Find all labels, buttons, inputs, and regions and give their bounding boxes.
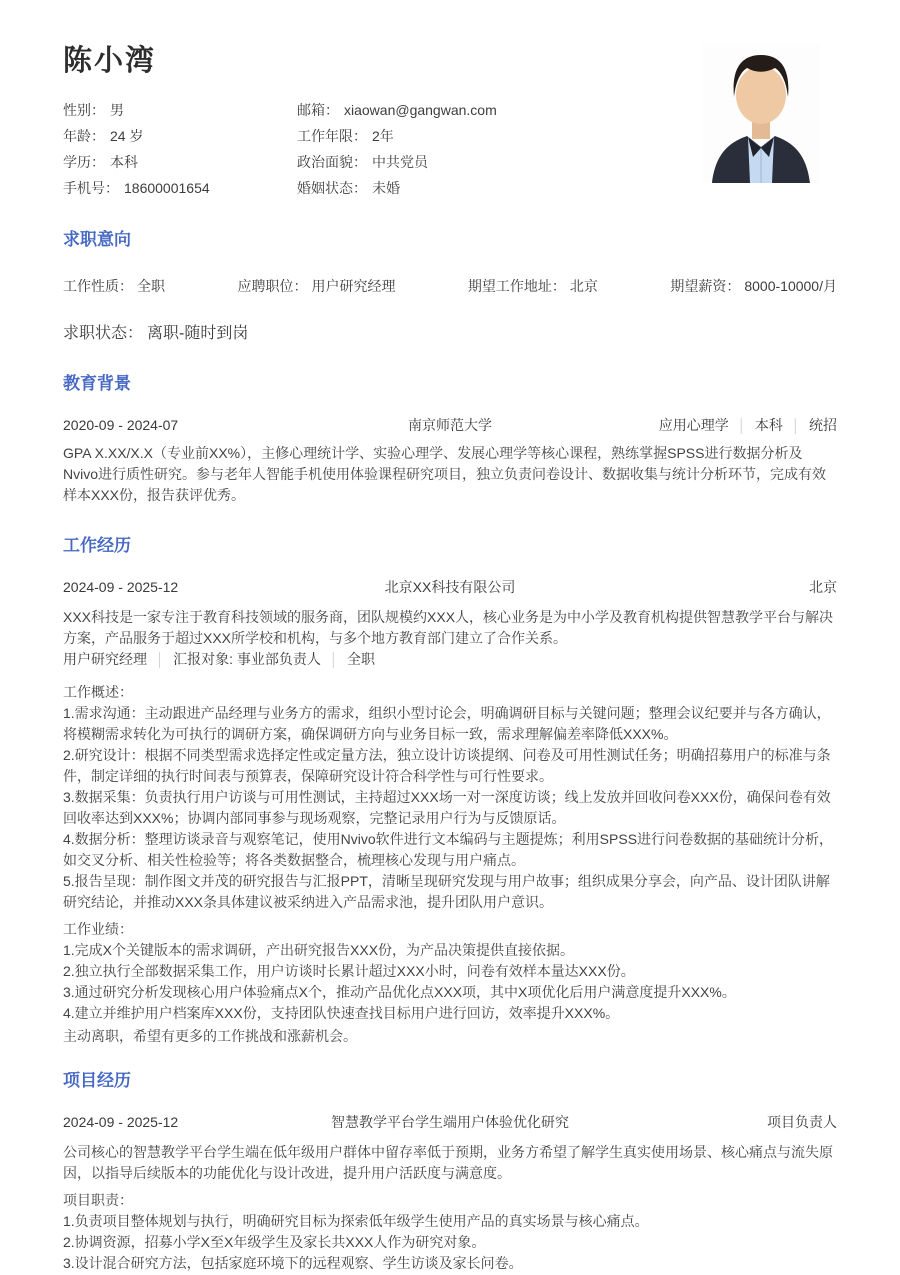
photo-illustration [702,43,820,183]
section-title-intention: 求职意向 [63,230,837,250]
work-achievement-item: 2.独立执行全部数据采集工作，用户访谈时长累计超过XXX小时，问卷有效样本量达X… [63,961,837,982]
intention-field: 求职状态：离职-随时到岗 [63,320,248,343]
work-overview-item: 3.数据采集：负责执行用户访谈与可用性测试，主持超过XXX场一对一深度访谈；线上… [63,787,837,829]
profile-field-label: 年龄： [63,128,105,144]
work-achievement-item: 1.完成X个关键版本的需求调研，产出研究报告XXX份，为产品决策提供直接依据。 [63,940,837,961]
profile-field-label: 政治面貌： [297,154,367,170]
work-overview-item: 5.报告呈现：制作图文并茂的研究报告与汇报PPT，清晰呈现研究发现与用户故事；组… [63,871,837,913]
profile-field: 邮箱：xiaowan@gangwan.com [297,101,623,120]
intention-field-label: 应聘职位： [237,278,307,294]
profile-field: 婚姻状态：未婚 [297,179,623,198]
education-description: GPA X.XX/X.X（专业前XX%），主修心理统计学、实验心理学、发展心理学… [63,443,837,506]
resume-header: 陈小湾 性别：男 邮箱：xiaowan@gangwan.com 年龄：24 岁 … [63,45,837,198]
profile-field-label: 性别： [63,102,105,118]
profile-photo [702,43,820,183]
work-achievement-list: 1.完成X个关键版本的需求调研，产出研究报告XXX份，为产品决策提供直接依据。2… [63,940,837,1024]
project-duty-title: 项目职责： [63,1190,837,1211]
work-overview-title: 工作概述： [63,682,837,703]
profile-field-label: 邮箱： [297,102,339,118]
work-achievement-title: 工作业绩： [63,919,837,940]
profile-field-value: 18600001654 [124,180,210,196]
intention-field-value: 全职 [137,278,165,294]
intention-field: 工作性质：全职 [63,277,165,296]
profile-field-value: 本科 [110,154,138,170]
project-duty-item: 1.负责项目整体规划与执行，明确研究目标为探索低年级学生使用产品的真实场景与核心… [63,1211,837,1232]
resume-page: 陈小湾 性别：男 邮箱：xiaowan@gangwan.com 年龄：24 岁 … [0,0,900,1275]
section-title-education: 教育背景 [63,374,837,394]
work-overview-block: 工作概述： 1.需求沟通：主动跟进产品经理与业务方的需求，组织小型讨论会，明确调… [63,682,837,913]
profile-field: 学历：本科 [63,153,297,172]
profile-field-label: 学历： [63,154,105,170]
section-education: 教育背景 2020-09 - 2024-07 南京师范大学 应用心理学本科统招 … [63,374,837,506]
profile-field-value: 未婚 [372,180,400,196]
intention-field: 期望工作地址：北京 [468,277,598,296]
profile-field-value: 男 [110,102,124,118]
intention-row-1: 工作性质：全职 应聘职位：用户研究经理 期望工作地址：北京 期望薪资：8000-… [63,277,837,296]
work-achievement-block: 工作业绩： 1.完成X个关键版本的需求调研，产出研究报告XXX份，为产品决策提供… [63,919,837,1024]
education-degree-chip: 本科 [729,415,783,436]
work-position-chip: 全职 [321,649,375,670]
education-period: 2020-09 - 2024-07 [63,415,298,435]
project-duty-item: 3.设计混合研究方法，包括家庭环境下的远程观察、学生访谈及家长问卷。 [63,1253,837,1274]
profile-field: 政治面貌：中共党员 [297,153,623,172]
education-school: 南京师范大学 [298,415,602,435]
section-project-experience: 项目经历 2024-09 - 2025-12 智慧教学平台学生端用户体验优化研究… [63,1071,837,1274]
section-title-work: 工作经历 [63,536,837,556]
work-location: 北京 [602,577,837,597]
profile-field-label: 手机号： [63,180,119,196]
work-position-chip: 汇报对象: 事业部负责人 [147,649,321,670]
profile-field-value: xiaowan@gangwan.com [344,102,497,118]
intention-field-label: 期望薪资： [670,278,740,294]
intention-field: 应聘职位：用户研究经理 [237,277,395,296]
project-name: 智慧教学平台学生端用户体验优化研究 [298,1112,602,1132]
work-overview-item: 2.研究设计：根据不同类型需求选择定性或定量方法，独立设计访谈提纲、问卷及可用性… [63,745,837,787]
profile-field-label: 工作年限： [297,128,367,144]
profile-field-value: 中共党员 [372,154,428,170]
intention-field-value: 北京 [570,278,598,294]
project-background: 公司核心的智慧教学平台学生端在低年级用户群体中留存率低于预期，业务方希望了解学生… [63,1142,837,1184]
intention-field-label: 求职状态： [63,325,143,342]
work-overview-list: 1.需求沟通：主动跟进产品经理与业务方的需求，组织小型讨论会，明确调研目标与关键… [63,703,837,913]
intention-field: 期望薪资：8000-10000/月 [670,277,837,296]
project-duty-item: 2.协调资源，招募小学X至X年级学生及家长共XXX人作为研究对象。 [63,1232,837,1253]
profile-field-value: 2年 [372,128,394,144]
project-duty-list: 1.负责项目整体规划与执行，明确研究目标为探索低年级学生使用产品的真实场景与核心… [63,1211,837,1274]
work-achievement-item: 3.通过研究分析发现核心用户体验痛点X个，推动产品优化点XXX项，其中X项优化后… [63,982,837,1003]
project-duty-block: 项目职责： 1.负责项目整体规划与执行，明确研究目标为探索低年级学生使用产品的真… [63,1190,837,1274]
intention-field-label: 期望工作地址： [468,278,566,294]
section-job-intention: 求职意向 工作性质：全职 应聘职位：用户研究经理 期望工作地址：北京 期望薪资：… [63,230,837,343]
profile-field: 工作年限：2年 [297,127,623,146]
profile-field: 性别：男 [63,101,297,120]
intention-field-value: 8000-10000/月 [744,278,837,294]
education-meta-row: 2020-09 - 2024-07 南京师范大学 应用心理学本科统招 [63,415,837,436]
work-position-chips: 用户研究经理汇报对象: 事业部负责人全职 [63,651,375,667]
section-title-project: 项目经历 [63,1071,837,1091]
section-work-experience: 工作经历 2024-09 - 2025-12 北京XX科技有限公司 北京 XXX… [63,536,837,1047]
work-overview-item: 4.数据分析：整理访谈录音与观察笔记，使用Nvivo软件进行文本编码与主题提炼；… [63,829,837,871]
intention-row-2: 求职状态：离职-随时到岗 [63,320,837,343]
work-leave-reason: 主动离职，希望有更多的工作挑战和涨薪机会。 [63,1026,837,1047]
profile-info-grid: 性别：男 邮箱：xiaowan@gangwan.com 年龄：24 岁 工作年限… [63,101,623,198]
education-degree-chip: 统招 [783,415,837,436]
project-meta-row: 2024-09 - 2025-12 智慧教学平台学生端用户体验优化研究 项目负责… [63,1112,837,1132]
project-period: 2024-09 - 2025-12 [63,1112,298,1132]
intention-field-value: 离职-随时到岗 [147,325,248,342]
work-overview-item: 1.需求沟通：主动跟进产品经理与业务方的需求，组织小型讨论会，明确调研目标与关键… [63,703,837,745]
work-period: 2024-09 - 2025-12 [63,577,298,597]
profile-field: 手机号：18600001654 [63,179,297,198]
profile-field-value: 24 岁 [110,128,143,144]
intention-field-value: 用户研究经理 [311,278,395,294]
profile-field: 年龄：24 岁 [63,127,297,146]
work-company: 北京XX科技有限公司 [298,577,602,597]
work-position-chip: 用户研究经理 [63,649,147,669]
project-role: 项目负责人 [602,1112,837,1132]
intention-field-label: 工作性质： [63,278,133,294]
work-meta-row: 2024-09 - 2025-12 北京XX科技有限公司 北京 [63,577,837,597]
work-company-intro: XXX科技是一家专注于教育科技领域的服务商，团队规模约XXX人，核心业务是为中小… [63,607,837,649]
work-achievement-item: 4.建立并维护用户档案库XXX份，支持团队快速查找目标用户进行回访，效率提升XX… [63,1003,837,1024]
profile-field-label: 婚姻状态： [297,180,367,196]
education-degree-chip: 应用心理学 [659,415,729,435]
education-degree-chips: 应用心理学本科统招 [602,415,837,436]
